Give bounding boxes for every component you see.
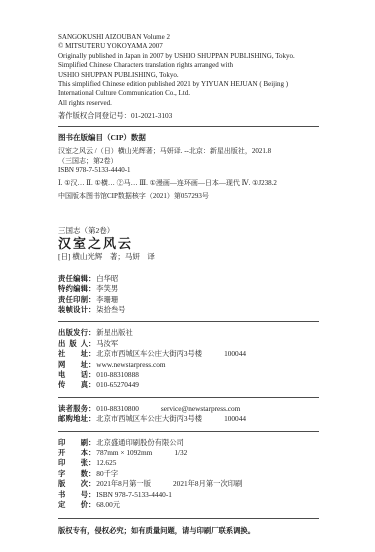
series-title: 三国志（第2卷）	[58, 225, 319, 236]
row-label: 印张	[58, 458, 88, 468]
row-colon: ：	[88, 500, 95, 509]
row-colon: ：	[88, 370, 95, 379]
row-value: 白华昭	[96, 274, 118, 283]
reader-service-block: 读者服务：010-88310800service@newstarpress.co…	[58, 404, 319, 425]
info-row: 出版发行：新星出版社	[58, 328, 319, 338]
info-row: 网址：www.newstarpress.com	[58, 360, 319, 370]
info-row: 社址：北京市西城区车公庄大街丙3号楼100044	[58, 349, 319, 359]
row-label: 传真	[58, 380, 88, 390]
row-label: 出版发行	[58, 328, 88, 338]
row-colon: ：	[88, 490, 95, 499]
info-row: 书号：ISBN 978-7-5133-4440-1	[58, 490, 319, 500]
copyright-line: This simplified Chinese edition publishe…	[58, 80, 319, 89]
row-value: 马汝军	[96, 339, 118, 348]
cip-block: 图书在版编目（CIP）数据 汉室之风云 /（日）横山光辉著；马妍译. --北京：…	[58, 132, 319, 201]
row-value: 李珊珊	[96, 295, 118, 304]
info-row: 版次：2021年8月第一版2021年8月第一次印刷	[58, 479, 319, 489]
row-colon: ：	[88, 380, 95, 389]
cip-header: 图书在版编目（CIP）数据	[58, 132, 319, 144]
divider	[58, 431, 319, 432]
divider	[58, 518, 319, 519]
cip-isbn: ISBN 978-7-5133-4440-1	[58, 166, 319, 175]
row-value: www.newstarpress.com	[96, 360, 165, 369]
row-colon: ：	[88, 360, 95, 369]
row-label: 电话	[58, 370, 88, 380]
row-label: 书号	[58, 490, 88, 500]
row-label: 邮购地址	[58, 414, 88, 424]
row-label: 开本	[58, 448, 88, 458]
copyright-line: USHIO SHUPPAN PUBLISHING, Tokyo.	[58, 71, 319, 80]
row-value: 010-88310888	[96, 370, 139, 379]
info-row: 责任编辑：白华昭	[58, 274, 319, 284]
row-label: 社址	[58, 349, 88, 359]
divider	[58, 126, 319, 127]
row-colon: ：	[88, 448, 95, 457]
row-value: 北京市西城区车公庄大街丙3号楼	[96, 414, 202, 423]
row-value: 010-65270449	[96, 380, 139, 389]
info-row: 印张：12.625	[58, 458, 319, 468]
row-label: 责任印制	[58, 295, 88, 305]
info-row: 读者服务：010-88310800service@newstarpress.co…	[58, 404, 319, 414]
row-value: 787mm × 1092mm	[96, 448, 152, 457]
row-value: 北京市西城区车公庄大街丙3号楼	[96, 349, 202, 358]
row-value-secondary: 100044	[224, 414, 246, 423]
divider	[58, 321, 319, 322]
info-row: 责任印制：李珊珊	[58, 295, 319, 305]
row-value: 12.625	[96, 458, 116, 467]
row-label: 版次	[58, 479, 88, 489]
copyright-line: SANGOKUSHI AIZOUBAN Volume 2	[58, 33, 319, 42]
info-row: 特约编辑：李笑男	[58, 284, 319, 294]
row-colon: ：	[88, 458, 95, 467]
divider	[58, 397, 319, 398]
copyright-registration-number: 著作版权合同登记号：01-2021-3103	[58, 111, 319, 121]
cip-record-number: 中国版本图书馆CIP数据核字（2021）第057293号	[58, 192, 319, 201]
info-row: 印刷：北京盛通印刷股份有限公司	[58, 438, 319, 448]
row-value-secondary: 2021年8月第一次印刷	[173, 479, 242, 488]
info-row: 定价：68.00元	[58, 500, 319, 510]
info-row: 电话：010-88310888	[58, 370, 319, 380]
row-value: 68.00元	[96, 500, 120, 509]
row-value: 010-88310800	[96, 404, 139, 413]
row-colon: ：	[88, 339, 95, 348]
info-row: 装帧设计：柒拾叁号	[58, 305, 319, 315]
row-label: 字数	[58, 469, 88, 479]
row-colon: ：	[88, 438, 95, 447]
copyright-block: SANGOKUSHI AIZOUBAN Volume 2 © MITSUTERU…	[58, 33, 319, 121]
author-translator-line: [日] 横山光辉 著；马妍 译	[58, 251, 319, 262]
cip-series-line: （三国志；第2卷）	[58, 157, 319, 166]
colophon-page: SANGOKUSHI AIZOUBAN Volume 2 © MITSUTERU…	[0, 0, 375, 536]
row-label: 装帧设计	[58, 305, 88, 315]
row-value: 80千字	[96, 469, 118, 478]
row-colon: ：	[88, 469, 95, 478]
row-value: 北京盛通印刷股份有限公司	[96, 438, 184, 447]
row-value-secondary: service@newstarpress.com	[161, 404, 240, 413]
info-row: 传真：010-65270449	[58, 380, 319, 390]
copyright-line: International Culture Communication Co.,…	[58, 89, 319, 98]
row-colon: ：	[88, 404, 95, 413]
row-value: 2021年8月第一版	[96, 479, 151, 488]
title-block: 三国志（第2卷） 汉室之风云 [日] 横山光辉 著；马妍 译	[58, 225, 319, 262]
row-label: 特约编辑	[58, 284, 88, 294]
row-value-secondary: 100044	[224, 349, 246, 358]
row-label: 印刷	[58, 438, 88, 448]
info-row: 字数：80千字	[58, 469, 319, 479]
book-title: 汉室之风云	[58, 236, 319, 251]
info-row: 邮购地址：北京市西城区车公庄大街丙3号楼100044	[58, 414, 319, 424]
row-colon: ：	[88, 305, 95, 314]
copyright-notice: 版权专有，侵权必究；如有质量问题，请与印刷厂联系调换。	[58, 525, 319, 536]
row-value: 新星出版社	[96, 328, 132, 337]
row-label: 出版人	[58, 339, 88, 349]
info-row: 开本：787mm × 1092mm1/32	[58, 448, 319, 458]
publisher-block: 出版发行：新星出版社 出版人：马汝军 社址：北京市西城区车公庄大街丙3号楼100…	[58, 328, 319, 390]
cip-bibliography-line: 汉室之风云 /（日）横山光辉著；马妍译. --北京：新星出版社，2021.8	[58, 147, 319, 156]
row-colon: ：	[88, 349, 95, 358]
row-colon: ：	[88, 328, 95, 337]
row-colon: ：	[88, 479, 95, 488]
copyright-line: All rights reserved.	[58, 99, 319, 108]
row-label: 读者服务	[58, 404, 88, 414]
print-info-block: 印刷：北京盛通印刷股份有限公司 开本：787mm × 1092mm1/32 印张…	[58, 438, 319, 511]
row-colon: ：	[88, 284, 95, 293]
row-value: 柒拾叁号	[96, 305, 125, 314]
row-colon: ：	[88, 414, 95, 423]
cip-classification: Ⅰ. ①汉… Ⅱ. ①横… ②马… Ⅲ. ①漫画—连环画—日本—现代 Ⅳ. ①J…	[58, 179, 319, 188]
copyright-line: Simplified Chinese Characters translatio…	[58, 61, 319, 70]
row-label: 定价	[58, 500, 88, 510]
copyright-line: Originally published in Japan in 2007 by…	[58, 52, 319, 61]
row-colon: ：	[88, 274, 95, 283]
copyright-line: © MITSUTERU YOKOYAMA 2007	[58, 42, 319, 51]
row-label: 网址	[58, 360, 88, 370]
row-value: 李笑男	[96, 284, 118, 293]
info-row: 出版人：马汝军	[58, 339, 319, 349]
row-colon: ：	[88, 295, 95, 304]
row-label: 责任编辑	[58, 274, 88, 284]
row-value: ISBN 978-7-5133-4440-1	[96, 490, 172, 499]
credits-block: 责任编辑：白华昭 特约编辑：李笑男 责任印制：李珊珊 装帧设计：柒拾叁号	[58, 274, 319, 316]
row-value-secondary: 1/32	[174, 448, 187, 457]
